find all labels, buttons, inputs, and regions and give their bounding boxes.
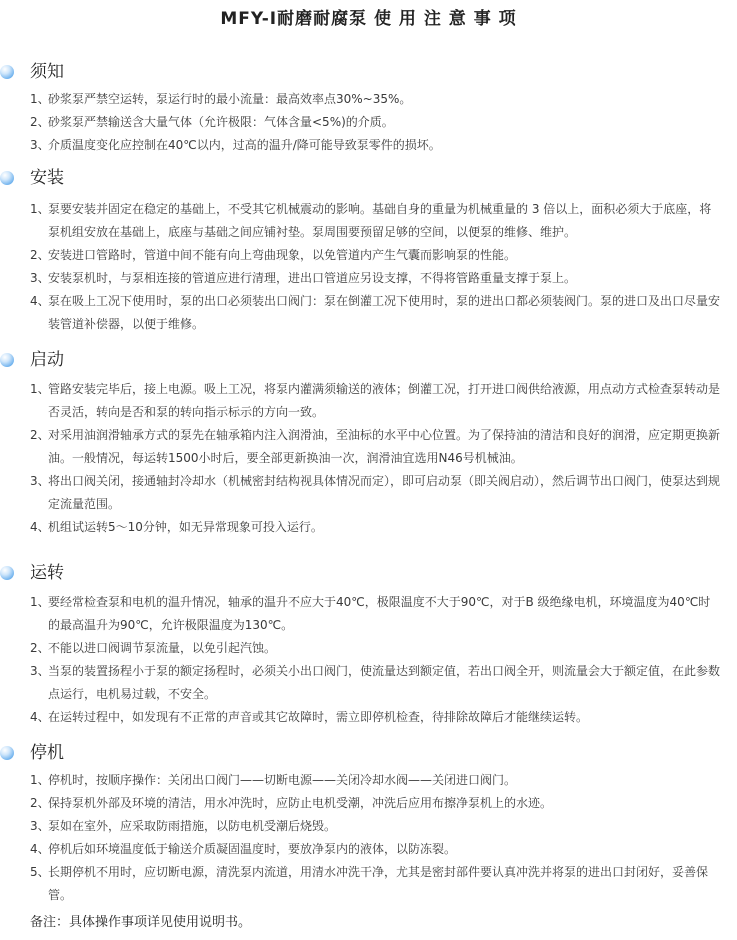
section-title: 启动 [30, 348, 64, 372]
list-item: 3、当泵的装置扬程小于泵的额定扬程时，必须关小出口阀门，使流量达到额定值，若出口… [0, 660, 737, 706]
section-notice: 须知 1、砂浆泵严禁空运转，泵运行时的最小流量：最高效率点30%~35%。 2、… [0, 60, 737, 157]
list-item: 1、砂浆泵严禁空运转，泵运行时的最小流量：最高效率点30%~35%。 [0, 88, 737, 111]
list-item: 2、安装进口管路时，管道中间不能有向上弯曲现象，以免管道内产生气囊而影响泵的性能… [0, 244, 737, 267]
section-operation: 运转 1、要经常检查泵和电机的温升情况，轴承的温升不应大于40℃，极限温度不大于… [0, 561, 737, 729]
list-item: 2、对采用油润滑轴承方式的泵先在轴承箱内注入润滑油，至油标的水平中心位置。为了保… [0, 424, 737, 470]
bullet-icon [0, 566, 14, 580]
bullet-icon [0, 171, 14, 185]
list-item: 2、保持泵机外部及环境的清洁，用水冲洗时，应防止电机受潮，冲洗后应用布擦净泵机上… [0, 792, 737, 815]
list-item: 1、停机时，按顺序操作：关闭出口阀门——切断电源——关闭冷却水阀——关闭进口阀门… [0, 769, 737, 792]
list-item: 1、要经常检查泵和电机的温升情况，轴承的温升不应大于40℃，极限温度不大于90℃… [0, 591, 737, 637]
list-item: 3、安装泵机时，与泵相连接的管道应进行清理，进出口管道应另设支撑，不得将管路重量… [0, 267, 737, 290]
list-item: 2、不能以进口阀调节泵流量，以免引起汽蚀。 [0, 637, 737, 660]
list-item: 1、泵要安装并固定在稳定的基础上，不受其它机械震动的影响。基础自身的重量为机械重… [0, 198, 737, 244]
section-title: 停机 [30, 741, 64, 765]
list-item: 4、机组试运转5～10分钟，如无异常现象可投入运行。 [0, 516, 737, 539]
list-item: 1、管路安装完毕后，接上电源。吸上工况，将泵内灌满须输送的液体；倒灌工况，打开进… [0, 378, 737, 424]
list-item: 5、长期停机不用时，应切断电源，清洗泵内流道，用清水冲洗干净，尤其是密封部件要认… [0, 861, 737, 907]
list-item: 2、砂浆泵严禁输送含大量气体（允许极限：气体含量<5%)的介质。 [0, 111, 737, 134]
section-install: 安装 1、泵要安装并固定在稳定的基础上，不受其它机械震动的影响。基础自身的重量为… [0, 166, 737, 336]
section-title: 须知 [30, 60, 64, 84]
list-item: 4、在运转过程中，如发现有不正常的声音或其它故障时，需立即停机检查，待排除故障后… [0, 706, 737, 729]
page-title: MFY-I耐磨耐腐泵 使 用 注 意 事 项 [0, 4, 737, 29]
section-shutdown: 停机 1、停机时，按顺序操作：关闭出口阀门——切断电源——关闭冷却水阀——关闭进… [0, 741, 737, 907]
section-title: 安装 [30, 166, 64, 190]
bullet-icon [0, 65, 14, 79]
section-startup: 启动 1、管路安装完毕后，接上电源。吸上工况，将泵内灌满须输送的液体；倒灌工况，… [0, 348, 737, 539]
list-item: 3、将出口阀关闭，接通轴封冷却水（机械密封结构视具体情况而定），即可启动泵（即关… [0, 470, 737, 516]
list-item: 3、泵如在室外，应采取防雨措施，以防电机受潮后烧毁。 [0, 815, 737, 838]
list-item: 4、停机后如环境温度低于输送介质凝固温度时，要放净泵内的液体，以防冻裂。 [0, 838, 737, 861]
bullet-icon [0, 746, 14, 760]
list-item: 3、介质温度变化应控制在40℃以内，过高的温升/降可能导致泵零件的损坏。 [0, 134, 737, 157]
footnote: 备注：具体操作事项详见使用说明书。 [30, 911, 251, 930]
bullet-icon [0, 353, 14, 367]
list-item: 4、泵在吸上工况下使用时，泵的出口必须装出口阀门：泵在倒灌工况下使用时，泵的进出… [0, 290, 737, 336]
section-title: 运转 [30, 561, 64, 585]
